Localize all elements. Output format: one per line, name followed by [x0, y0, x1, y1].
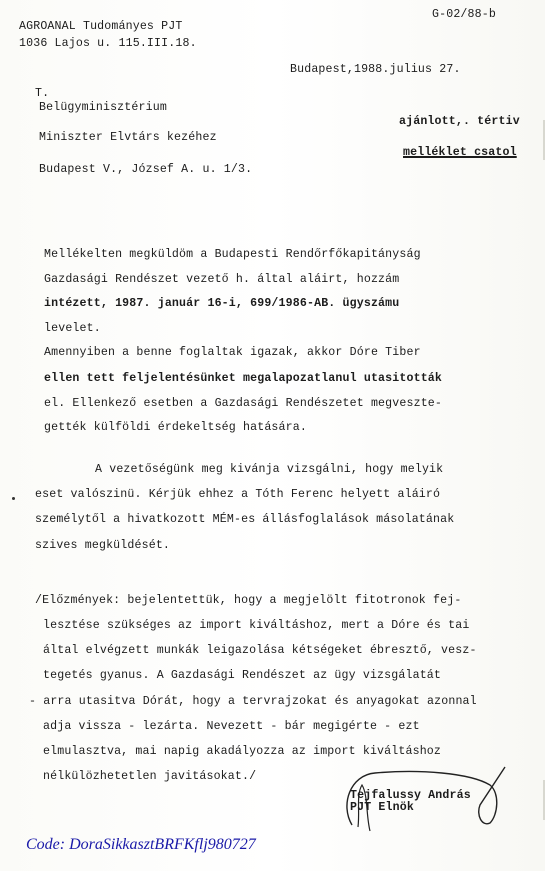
body-line: adja vissza - lezárta. Nevezett - bár me…	[43, 720, 420, 733]
body-line: eset valószinü. Kérjük ehhez a Tóth Fere…	[35, 488, 440, 501]
recipient-line-3: Budapest V., József A. u. 1/3.	[39, 163, 252, 176]
place-date: Budapest,1988.julius 27.	[290, 63, 461, 76]
body-line: /Előzmények: bejelentettük, hogy a megje…	[35, 594, 461, 607]
registered-note: ajánlott,. tértiv	[399, 115, 520, 128]
body-line: nélkülözhetetlen javitásokat./	[43, 770, 256, 783]
body-line: tegetés gyanus. A Gazdasági Rendészet az…	[43, 669, 441, 682]
recipient-line-2: Miniszter Elvtárs kezéhez	[39, 131, 217, 144]
sender-name: AGROANAL Tudományes PJT	[19, 20, 182, 33]
body-line: gették külföldi érdekeltség hatására.	[44, 421, 307, 434]
body-line: által elvégzett munkák leigazolása kétsé…	[43, 644, 477, 657]
salutation: T.	[35, 87, 49, 100]
body-line: Amennyiben a benne foglaltak igazak, akk…	[44, 346, 421, 359]
scanned-letter-page: G-02/88-b AGROANAL Tudományes PJT 1036 L…	[0, 0, 545, 871]
document-code: Code: DoraSikkasztBRFKflj980727	[26, 836, 256, 854]
body-line: elmulasztva, mai napig akadályozza az im…	[43, 745, 441, 758]
body-line: Mellékelten megküldöm a Budapesti Rendőr…	[44, 248, 421, 261]
body-line: ellen tett feljelentésünket megalapozatl…	[44, 372, 442, 385]
body-line: szives megküldését.	[35, 539, 170, 552]
body-line: Gazdasági Rendészet vezető h. által alái…	[44, 273, 399, 286]
body-line: lesztése szükséges az import kiváltáshoz…	[43, 619, 469, 632]
body-line: levelet.	[44, 322, 101, 335]
reference-number: G-02/88-b	[432, 8, 496, 21]
body-line: személytől a hivatkozott MÉM-es állásfog…	[35, 513, 454, 526]
body-line: - arra utasitva Dórát, hogy a tervrajzok…	[29, 695, 477, 708]
body-line: intézett, 1987. január 16-i, 699/1986-AB…	[44, 297, 399, 310]
signatory-title: PJT Elnök	[350, 801, 414, 814]
body-line: el. Ellenkező esetben a Gazdasági Rendés…	[44, 397, 442, 410]
margin-mark	[12, 497, 15, 500]
attachment-note: melléklet csatol	[403, 146, 517, 159]
recipient-line-1: Belügyminisztérium	[39, 101, 167, 114]
sender-address: 1036 Lajos u. 115.III.18.	[19, 37, 197, 50]
body-line: A vezetőségünk meg kivánja vizsgálni, ho…	[95, 463, 443, 476]
